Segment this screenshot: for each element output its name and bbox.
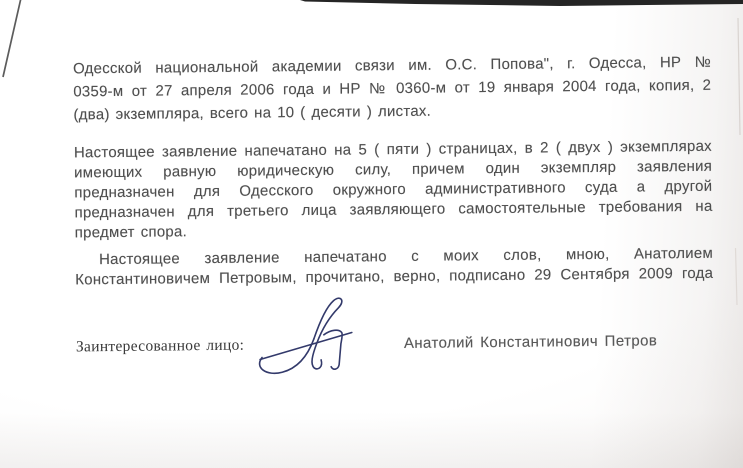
document-paragraphs: Одесской национальной академии связи им.… — [73, 51, 713, 291]
right-edge-crease — [736, 248, 738, 305]
paragraph: Настоящее заявление напечатано с моих сл… — [75, 244, 713, 291]
background-top-edge — [300, 0, 743, 6]
right-edge-crease — [738, 18, 740, 135]
handwritten-signature-icon — [245, 288, 366, 385]
paragraph: Настоящее заявление напечатано на 5 ( пя… — [74, 137, 713, 244]
paper-corner-edge-line — [3, 0, 21, 77]
signature-label: Заинтересованное лицо: — [76, 337, 244, 357]
paragraph: Одесской национальной академии связи им.… — [73, 51, 712, 127]
signatory-name: Анатолий Константинович Петров — [404, 332, 657, 352]
scanned-document-photo: Одесской национальной академии связи им.… — [0, 0, 743, 468]
document-content: Одесской национальной академии связи им.… — [73, 51, 715, 438]
signature-stroke — [259, 339, 314, 374]
